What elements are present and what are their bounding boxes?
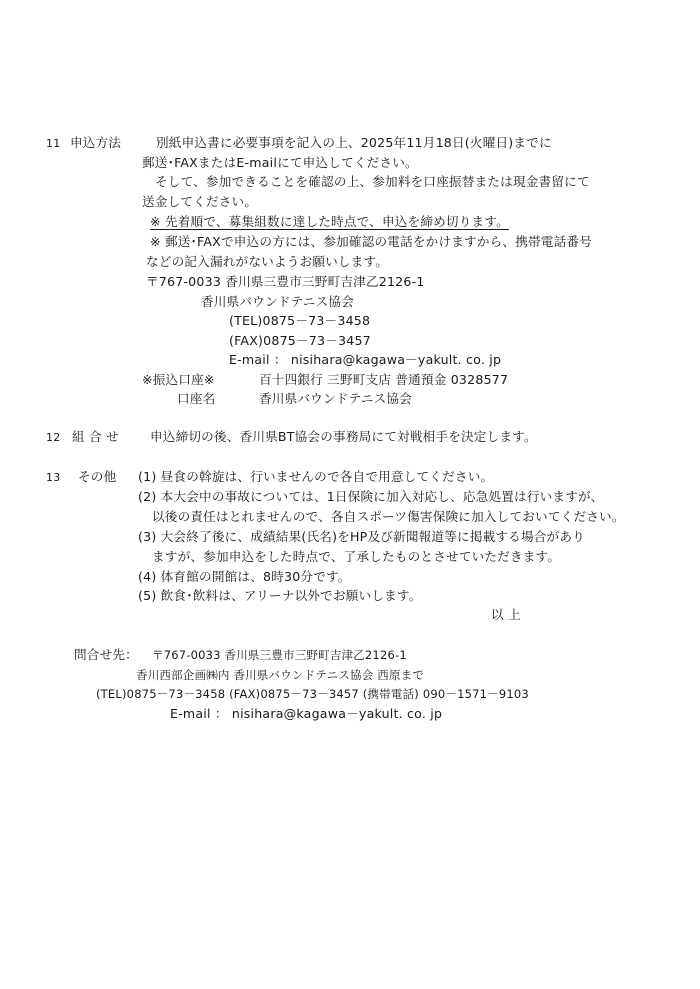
bank-info: 百十四銀行 三野町支店 普通預金 0328577	[259, 372, 508, 388]
list-item-cont: ますが、参加申込をした時点で、了承したものとさせていただきます。	[152, 549, 560, 565]
deadline-note: ※ 先着順で、募集組数に達した時点で、申込を締め切ります。	[142, 214, 509, 230]
section-title: その他	[78, 469, 116, 485]
body-line: そして、参加できることを確認の上、参加料を口座振替または現金書留にて	[155, 174, 590, 190]
list-item-cont: 以後の責任はとれませんので、各自スポーツ傷害保険に加入しておいてください。	[152, 509, 625, 525]
fax: (FAX)0875－73－3457	[229, 333, 371, 349]
contact-address: 〒767-0033 香川県三豊市三野町吉津乙2126-1	[152, 647, 407, 663]
email: E-mail ： nisihara@kagawa－yakult. co. jp	[229, 352, 501, 368]
tel: (TEL)0875－73－3458	[229, 313, 370, 329]
address: 〒767-0033 香川県三豊市三野町吉津乙2126-1	[146, 274, 425, 290]
section-title: 申込方法	[70, 135, 121, 151]
body-line: 別紙申込書に必要事項を記入の上、2025年11月18日(火曜日)までに	[156, 135, 552, 151]
list-item: (5) 飲食･飲料は、アリーナ以外でお願いします。	[138, 588, 422, 604]
body-line: 送金してください。	[142, 194, 257, 210]
section-number: 11	[46, 136, 60, 152]
contact-org: 香川西部企画㈱内 香川県バウンドテニス協会 西原まで	[136, 667, 424, 683]
list-item: (4) 体育館の開館は、8時30分です。	[138, 569, 351, 585]
list-item: (2) 本大会中の事故については、1日保険に加入対応し、応急処置は行いますが、	[138, 489, 604, 505]
organization: 香川県バウンドテニス協会	[201, 294, 354, 310]
account-name: 香川県バウンドテニス協会	[259, 391, 412, 407]
section-title: 組 合 せ	[72, 429, 119, 445]
section-number: 12	[46, 430, 60, 446]
contact-phones: (TEL)0875－73－3458 (FAX)0875－73－3457 (携帯電…	[96, 686, 529, 702]
body-line: ※ 郵送･FAXで申込の方には、参加確認の電話をかけますから、携帯電話番号	[150, 234, 592, 250]
contact-label: 問合せ先：	[74, 647, 138, 663]
list-item: (3) 大会終了後に、成績結果(氏名)をHP及び新聞報道等に掲載する場合があり	[138, 529, 585, 545]
list-item: (1) 昼食の斡旋は、行いませんので各自で用意してください。	[138, 469, 493, 485]
closing: 以 上	[491, 607, 521, 623]
body-line: 郵送･FAXまたはE-mailにて申込してください。	[142, 155, 418, 171]
section-number: 13	[46, 470, 60, 486]
bank-label: ※振込口座※	[142, 372, 215, 388]
body-line: などの記入漏れがないようお願いします。	[146, 254, 388, 270]
body-line: 申込締切の後、香川県BT協会の事務局にて対戦相手を決定します。	[150, 429, 537, 445]
account-label: 口座名	[177, 391, 215, 407]
contact-email: E-mail ： nisihara@kagawa－yakult. co. jp	[170, 706, 442, 722]
